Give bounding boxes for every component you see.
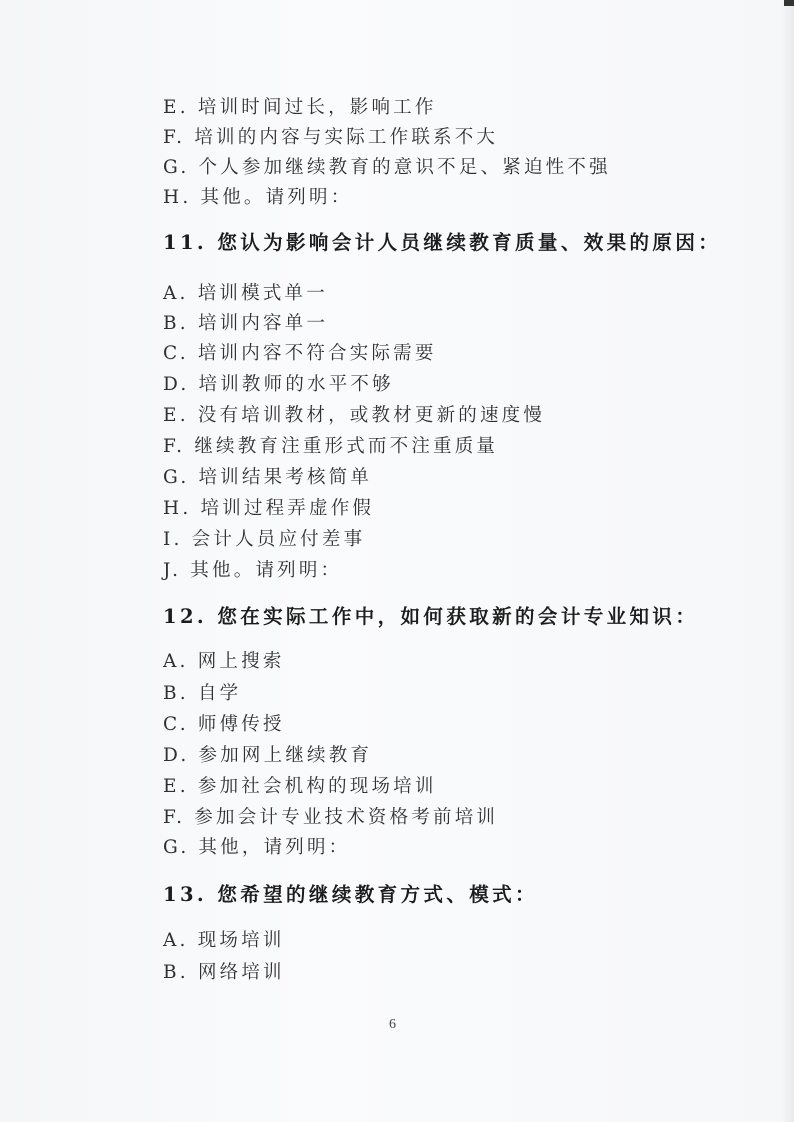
option-11-e: E. 没有培训教材，或教材更新的速度慢 <box>163 405 545 427</box>
question-13-title: 13. 您希望的继续教育方式、模式： <box>163 884 538 906</box>
option-10-f: F. 培训的内容与实际工作联系不大 <box>163 127 498 149</box>
option-11-b: B. 培训内容单一 <box>163 313 328 335</box>
option-10-g: G. 个人参加继续教育的意识不足、紧迫性不强 <box>163 157 611 179</box>
option-13-a: A. 现场培训 <box>163 930 285 952</box>
document-page: E. 培训时间过长，影响工作 F. 培训的内容与实际工作联系不大 G. 个人参加… <box>0 0 794 1122</box>
option-11-d: D. 培训教师的水平不够 <box>163 374 394 396</box>
scan-edge-shadow <box>780 0 794 1122</box>
page-number: 6 <box>389 1017 396 1033</box>
option-13-b: B. 网络培训 <box>163 962 285 984</box>
option-11-h: H. 培训过程弄虚作假 <box>163 498 374 520</box>
scan-corner-mark <box>784 0 794 6</box>
option-12-b: B. 自学 <box>163 683 241 705</box>
option-11-j: J. 其他。请列明： <box>163 560 342 582</box>
option-10-e: E. 培训时间过长，影响工作 <box>163 97 437 119</box>
question-12-title: 12. 您在实际工作中，如何获取新的会计专业知识： <box>163 606 698 628</box>
question-11-title: 11. 您认为影响会计人员继续教育质量、效果的原因： <box>163 232 721 254</box>
option-11-a: A. 培训模式单一 <box>163 283 328 305</box>
option-12-f: F. 参加会计专业技术资格考前培训 <box>163 807 498 829</box>
option-10-h: H. 其他。请列明： <box>163 187 352 209</box>
option-11-f: F. 继续教育注重形式而不注重质量 <box>163 436 498 458</box>
option-12-g: G. 其他，请列明： <box>163 837 350 859</box>
option-11-i: I. 会计人员应付差事 <box>163 529 365 551</box>
option-12-d: D. 参加网上继续教育 <box>163 745 372 767</box>
option-12-c: C. 师傅传授 <box>163 714 285 736</box>
option-11-g: G. 培训结果考核简单 <box>163 467 372 489</box>
option-12-a: A. 网上搜索 <box>163 651 285 673</box>
option-11-c: C. 培训内容不符合实际需要 <box>163 343 437 365</box>
option-12-e: E. 参加社会机构的现场培训 <box>163 776 437 798</box>
